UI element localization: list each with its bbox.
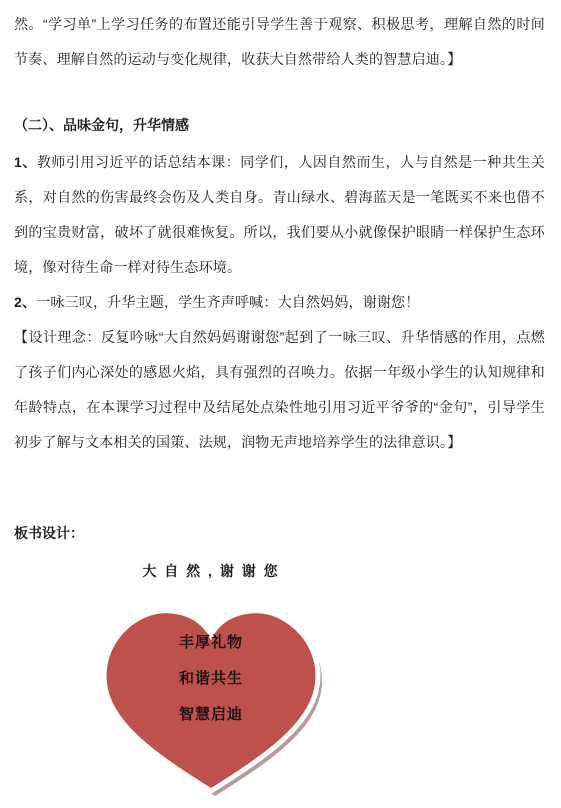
board-design-heading: 板书设计： bbox=[14, 516, 545, 551]
heart-label-gift: 丰厚礼物 bbox=[179, 633, 243, 653]
paragraph-design-concept: 【设计理念：反复吟咏“大自然妈妈谢谢您”起到了一咏三叹、升华情感的作用，点燃了孩… bbox=[14, 320, 545, 460]
document-body: 然。“学习单”上学习任务的布置还能引导学生善于观察、积极思考，理解自然的时间节奏… bbox=[0, 0, 561, 551]
paragraph-point-2: 2、一咏三叹，升华主题，学生齐声呼喊：大自然妈妈，谢谢您！ bbox=[14, 285, 545, 320]
paragraph-point-1: 1、教师引用习近平的话总结本课：同学们，人因自然而生，人与自然是一种共生关系，对… bbox=[14, 145, 545, 285]
board-heart-figure: 丰厚礼物 和谐共生 智慧启迪 bbox=[91, 603, 331, 799]
section-heading: （二）、品味金句，升华情感 bbox=[14, 108, 545, 143]
heart-label-wisdom: 智慧启迪 bbox=[179, 705, 243, 725]
paragraph-design-note-tail: 然。“学习单”上学习任务的布置还能引导学生善于观察、积极思考，理解自然的时间节奏… bbox=[14, 7, 545, 77]
board-title: 大 自 然 , 谢 谢 您 bbox=[93, 554, 329, 589]
point-2-number: 2、 bbox=[14, 294, 36, 310]
point-1-number: 1、 bbox=[14, 154, 37, 170]
point-1-text: 教师引用习近平的话总结本课：同学们，人因自然而生，人与自然是一种共生关系，对自然… bbox=[14, 154, 545, 275]
document-page: 然。“学习单”上学习任务的布置还能引导学生善于观察、积极思考，理解自然的时间节奏… bbox=[0, 0, 561, 808]
heart-label-harmony: 和谐共生 bbox=[179, 669, 243, 689]
point-2-text: 一咏三叹，升华主题，学生齐声呼喊：大自然妈妈，谢谢您！ bbox=[36, 294, 419, 310]
heart-labels: 丰厚礼物 和谐共生 智慧启迪 bbox=[91, 603, 331, 799]
